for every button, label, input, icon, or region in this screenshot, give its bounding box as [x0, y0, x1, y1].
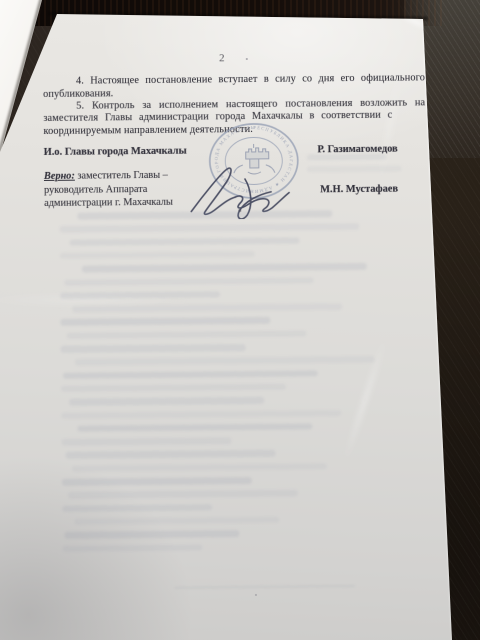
bleed-through-line — [60, 251, 255, 259]
bleed-through-line — [61, 437, 231, 445]
verno-label: Верно: — [44, 171, 75, 182]
bleed-through-line — [61, 384, 286, 393]
bleed-through-line — [63, 370, 318, 379]
bleed-through-line — [62, 544, 202, 552]
bleed-through-line — [61, 410, 341, 419]
verno-rest: заместитель Главы – — [75, 170, 168, 182]
bleed-through-line — [64, 277, 314, 286]
paper-sheet: 2 4. Настоящее постановление вступает в … — [0, 0, 480, 640]
acting-head-title: И.о. Главы города Махачкалы — [44, 146, 187, 158]
bleed-through-line — [68, 490, 298, 499]
bleed-through-line — [59, 223, 359, 232]
bleed-through-line — [66, 330, 306, 339]
bleed-through-line — [72, 303, 342, 312]
ink-speck — [238, 209, 241, 212]
bleed-through-line — [70, 237, 300, 246]
verno-line2: руководитель Аппарата — [44, 184, 147, 196]
bleed-through-line — [74, 517, 279, 525]
bleed-through-line — [64, 530, 239, 538]
bleed-through-line — [307, 154, 387, 160]
bleed-through-line — [75, 356, 375, 365]
ink-speck — [246, 58, 248, 60]
bleed-through-line — [69, 397, 264, 405]
ink-speck — [255, 594, 257, 596]
bleed-through-line — [61, 344, 246, 352]
bleed-through-line — [66, 450, 276, 459]
bleed-through-rule — [175, 585, 355, 589]
photographed-document: 2 4. Настоящее постановление вступает в … — [0, 0, 480, 640]
certifier-name: М.Н. Мустафаев — [301, 184, 398, 196]
verno-line3: администрации г. Махачкалы — [44, 197, 173, 209]
bleed-through-line — [72, 463, 327, 472]
bleed-through-line — [62, 477, 252, 485]
bleed-through-lines — [59, 209, 422, 572]
bleed-through-line — [77, 423, 312, 432]
page-number: 2 — [206, 52, 238, 64]
bleed-through-line — [82, 263, 367, 272]
bleed-through-line — [77, 210, 332, 219]
bleed-through-line — [307, 166, 402, 172]
bleed-through-line — [60, 291, 220, 299]
bleed-through-line — [62, 504, 212, 512]
printed-content: 2 4. Настоящее постановление вступает в … — [0, 0, 480, 640]
bleed-through-line — [60, 317, 270, 326]
